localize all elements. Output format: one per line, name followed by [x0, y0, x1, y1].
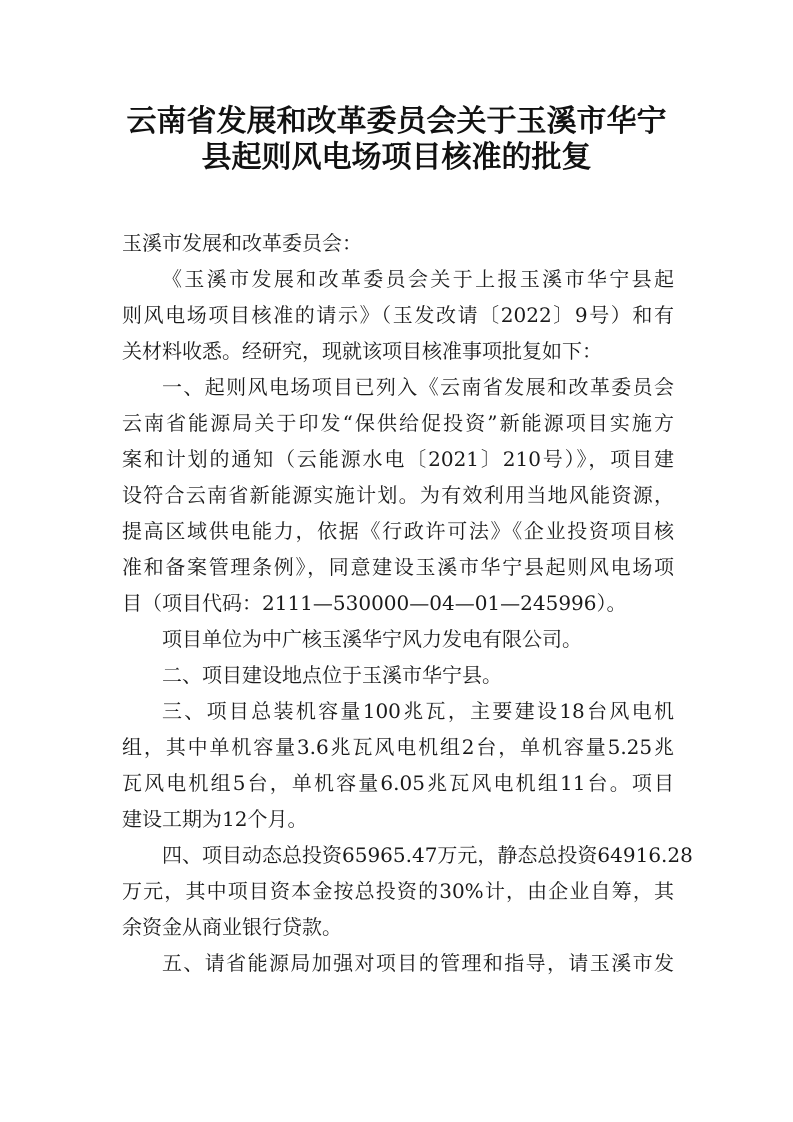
body-line: 一、起则风电场项目已列入《云南省发展和改革委员会: [122, 369, 674, 405]
body-line: 案和计划的通知（云能源水电〔2021〕210号）》，项目建: [122, 441, 674, 477]
body-line: 组，其中单机容量3.6兆瓦风电机组2台，单机容量5.25兆: [122, 729, 674, 765]
body-line: 提高区域供电能力，依据《行政许可法》《企业投资项目核: [122, 513, 674, 549]
body-line: 关材料收悉。经研究，现就该项目核准事项批复如下：: [122, 333, 674, 369]
body-line: 余资金从商业银行贷款。: [122, 909, 674, 945]
body-line: 项目单位为中广核玉溪华宁风力发电有限公司。: [122, 621, 674, 657]
document-title: 云南省发展和改革委员会关于玉溪市华宁 县起则风电场项目核准的批复: [0, 104, 793, 176]
body-line: 《玉溪市发展和改革委员会关于上报玉溪市华宁县起: [122, 261, 674, 297]
body-line: 建设工期为12个月。: [122, 801, 674, 837]
body-line: 瓦风电机组5台，单机容量6.05兆瓦风电机组11台。项目: [122, 765, 674, 801]
document-body: 玉溪市发展和改革委员会：《玉溪市发展和改革委员会关于上报玉溪市华宁县起则风电场项…: [122, 225, 674, 981]
title-line-1: 云南省发展和改革委员会关于玉溪市华宁: [0, 104, 793, 140]
body-line: 玉溪市发展和改革委员会：: [122, 225, 674, 261]
body-line: 万元，其中项目资本金按总投资的30%计，由企业自筹，其: [122, 873, 674, 909]
body-line: 五、请省能源局加强对项目的管理和指导，请玉溪市发: [122, 945, 674, 981]
document-page: 云南省发展和改革委员会关于玉溪市华宁 县起则风电场项目核准的批复 玉溪市发展和改…: [0, 0, 793, 1122]
body-line: 设符合云南省新能源实施计划。为有效利用当地风能资源，: [122, 477, 674, 513]
body-line: 准和备案管理条例》，同意建设玉溪市华宁县起则风电场项: [122, 549, 674, 585]
body-line: 则风电场项目核准的请示》（玉发改请〔2022〕9号）和有: [122, 297, 674, 333]
body-line: 四、项目动态总投资65965.47万元，静态总投资64916.28: [122, 837, 674, 873]
body-line: 三、项目总装机容量100兆瓦，主要建设18台风电机: [122, 693, 674, 729]
body-line: 二、项目建设地点位于玉溪市华宁县。: [122, 657, 674, 693]
body-line: 云南省能源局关于印发“保供给促投资”新能源项目实施方: [122, 405, 674, 441]
title-line-2: 县起则风电场项目核准的批复: [0, 140, 793, 176]
body-line: 目（项目代码：2111—530000—04—01—245996）。: [122, 585, 674, 621]
